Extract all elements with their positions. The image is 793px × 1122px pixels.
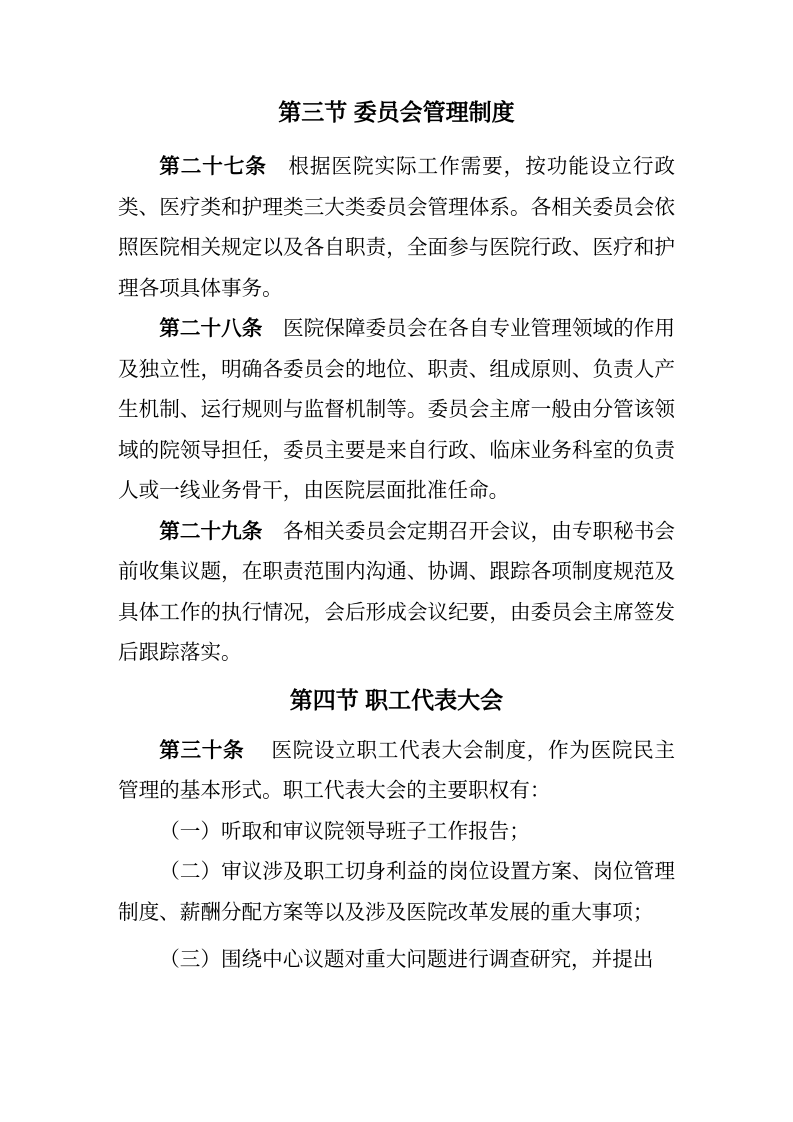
clause-28: 第二十八条 医院保障委员会在各自专业管理领域的作用及独立性，明确各委员会的地位、… <box>118 309 675 512</box>
clause-30: 第三十条 医院设立职工代表大会制度，作为医院民主管理的基本形式。职工代表大会的主… <box>118 731 675 812</box>
clause-27: 第二十七条 根据医院实际工作需要，按功能设立行政类、医疗类和护理类三大类委员会管… <box>118 147 675 309</box>
clause-30-number: 第三十条 <box>159 740 244 762</box>
section-heading-4: 第四节 职工代表大会 <box>118 683 675 717</box>
clause-30-item-1: （一）听取和审议院领导班子工作报告； <box>118 812 675 853</box>
clause-30-item-2-text: （二）审议涉及职工切身利益的岗位设置方案、岗位管理制度、薪酬分配方案等以及涉及医… <box>118 861 675 924</box>
clause-27-number: 第二十七条 <box>159 156 267 178</box>
clause-30-item-3: （三）围绕中心议题对重大问题进行调查研究，并提出 <box>118 940 675 981</box>
clause-29-number: 第二十九条 <box>159 521 262 543</box>
clause-30-item-1-text: （一）听取和审议院领导班子工作报告； <box>159 821 530 843</box>
document-content: 第三节 委员会管理制度 第二十七条 根据医院实际工作需要，按功能设立行政类、医疗… <box>118 95 675 981</box>
clause-29: 第二十九条 各相关委员会定期召开会议，由专职秘书会前收集议题，在职责范围内沟通、… <box>118 512 675 674</box>
clause-28-number: 第二十八条 <box>159 318 262 340</box>
clause-28-text: 医院保障委员会在各自专业管理领域的作用及独立性，明确各委员会的地位、职责、组成原… <box>118 318 675 502</box>
document-page: 第三节 委员会管理制度 第二十七条 根据医院实际工作需要，按功能设立行政类、医疗… <box>0 0 793 1122</box>
section-heading-3: 第三节 委员会管理制度 <box>118 95 675 129</box>
clause-30-item-3-text: （三）围绕中心议题对重大问题进行调查研究，并提出 <box>159 949 653 971</box>
clause-30-item-2: （二）审议涉及职工切身利益的岗位设置方案、岗位管理制度、薪酬分配方案等以及涉及医… <box>118 852 675 933</box>
